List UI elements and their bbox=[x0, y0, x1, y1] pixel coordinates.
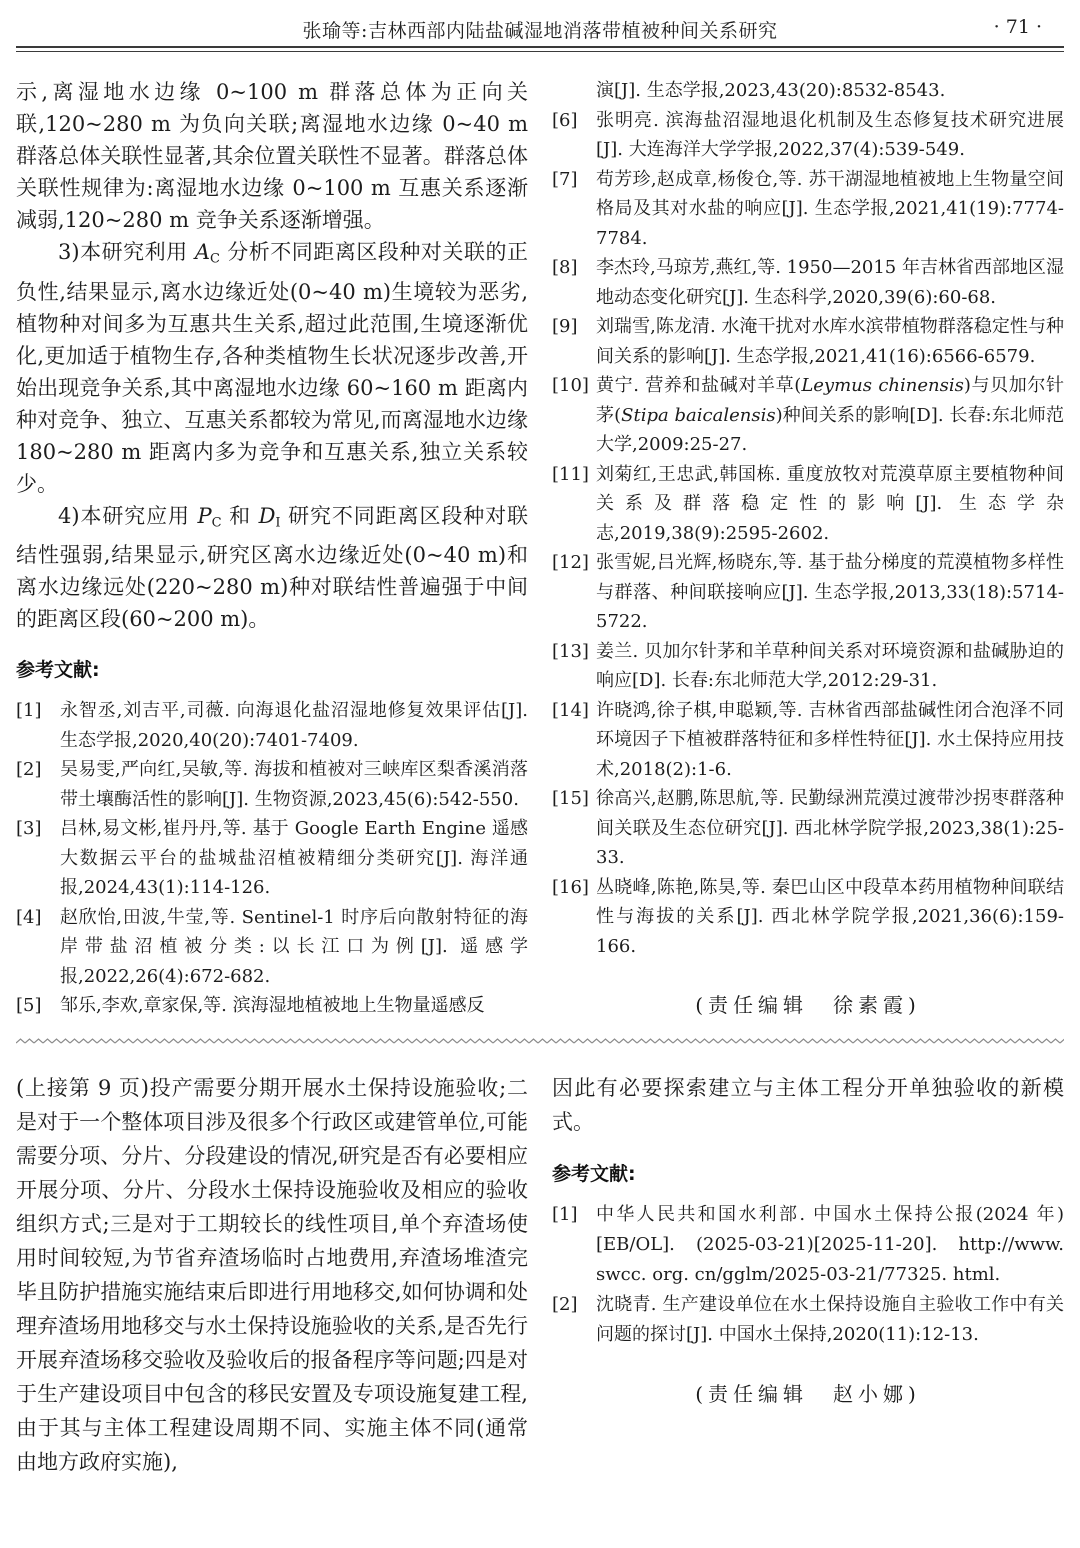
reference-item: [2] 吴易雯,严向红,吴敏,等. 海拔和植被对三峡库区梨香溪消落带土壤酶活性的… bbox=[16, 755, 528, 814]
conclusion-paragraphs: 示,离湿地水边缘 0~100 m 群落总体为正向关联,120~280 m 为负向… bbox=[16, 76, 528, 635]
reference-number: [11] bbox=[552, 460, 596, 549]
reference-item: [15] 徐高兴,赵鹏,陈思航,等. 民勤绿洲荒漠过渡带沙拐枣群落种间关联及生态… bbox=[552, 784, 1064, 873]
top-section: 示,离湿地水边缘 0~100 m 群落总体为正向关联,120~280 m 为负向… bbox=[16, 52, 1064, 1037]
bottom-section: (上接第 9 页)投产需要分期开展水土保持设施验收;二是对于一个整体项目涉及很多… bbox=[16, 1045, 1064, 1525]
reference-item: [6] 张明亮. 滨海盐沼湿地退化机制及生态修复技术研究进展[J]. 大连海洋大… bbox=[552, 106, 1064, 165]
reference-item: [1] 中华人民共和国水利部. 中国水土保持公报(2024 年)[EB/OL].… bbox=[552, 1200, 1064, 1290]
reference-text: 邹乐,李欢,章家保,等. 滨海湿地植被地上生物量遥感反 bbox=[60, 991, 528, 1021]
reference-item: [14] 许晓鸿,徐子棋,申聪颖,等. 吉林省西部盐碱性闭合泡泽不同环境因子下植… bbox=[552, 696, 1064, 785]
editor-note-top: (责任编辑 徐素霞) bbox=[552, 989, 1064, 1018]
reference-text: 姜兰. 贝加尔针茅和羊草种间关系对环境资源和盐碱胁迫的响应[D]. 长春:东北师… bbox=[596, 637, 1064, 696]
reference-item: [13] 姜兰. 贝加尔针茅和羊草种间关系对环境资源和盐碱胁迫的响应[D]. 长… bbox=[552, 637, 1064, 696]
reference-item: [1] 永智丞,刘吉平,司薇. 向海退化盐沼湿地修复效果评估[J]. 生态学报,… bbox=[16, 696, 528, 755]
reference-item: [2] 沈晓青. 生产建设单位在水土保持设施自主验收工作中有关问题的探讨[J].… bbox=[552, 1290, 1064, 1350]
reference-number: [1] bbox=[16, 696, 60, 755]
reference-item: [16] 丛晓峰,陈艳,陈昊,等. 秦巴山区中段草本药用植物种间联结性与海拔的关… bbox=[552, 873, 1064, 962]
references-list-right: [6] 张明亮. 滨海盐沼湿地退化机制及生态修复技术研究进展[J]. 大连海洋大… bbox=[552, 106, 1064, 962]
references-list-left: [1] 永智丞,刘吉平,司薇. 向海退化盐沼湿地修复效果评估[J]. 生态学报,… bbox=[16, 696, 528, 1021]
editor-note-bottom: (责任编辑 赵小娜) bbox=[552, 1378, 1064, 1407]
reference-number: [2] bbox=[552, 1290, 596, 1350]
journal-page: 张瑜等:吉林西部内陆盐碱湿地消落带植被种间关系研究 · 71 · 示,离湿地水边… bbox=[0, 0, 1080, 1548]
bottom-left-column: (上接第 9 页)投产需要分期开展水土保持设施验收;二是对于一个整体项目涉及很多… bbox=[16, 1071, 528, 1525]
reference-text: 吴易雯,严向红,吴敏,等. 海拔和植被对三峡库区梨香溪消落带土壤酶活性的影响[J… bbox=[60, 755, 528, 814]
references-list-bottom: [1] 中华人民共和国水利部. 中国水土保持公报(2024 年)[EB/OL].… bbox=[552, 1200, 1064, 1350]
paragraph: 4)本研究应用 PC 和 DI 研究不同距离区段种对联结性强弱,结果显示,研究区… bbox=[16, 500, 528, 636]
reference-number: [10] bbox=[552, 371, 596, 460]
page-number: · 71 · bbox=[994, 16, 1042, 38]
reference-number: [15] bbox=[552, 784, 596, 873]
reference-number: [12] bbox=[552, 548, 596, 637]
reference-number: [2] bbox=[16, 755, 60, 814]
reference-text: 沈晓青. 生产建设单位在水土保持设施自主验收工作中有关问题的探讨[J]. 中国水… bbox=[596, 1290, 1064, 1350]
reference-text: 黄宁. 营养和盐碱对羊草(Leymus chinensis)与贝加尔针茅(Sti… bbox=[596, 371, 1064, 460]
reference-number: [9] bbox=[552, 312, 596, 371]
reference-text: 吕林,易文彬,崔丹丹,等. 基于 Google Earth Engine 遥感大… bbox=[60, 814, 528, 903]
reference-text: 李杰玲,马琼芳,燕红,等. 1950—2015 年吉林省西部地区湿地动态变化研究… bbox=[596, 253, 1064, 312]
reference-number: [3] bbox=[16, 814, 60, 903]
paragraph: 示,离湿地水边缘 0~100 m 群落总体为正向关联,120~280 m 为负向… bbox=[16, 76, 528, 236]
page-header: 张瑜等:吉林西部内陆盐碱湿地消落带植被种间关系研究 · 71 · bbox=[16, 0, 1064, 46]
reference-text: 徐高兴,赵鹏,陈思航,等. 民勤绿洲荒漠过渡带沙拐枣群落种间关联及生态位研究[J… bbox=[596, 784, 1064, 873]
reference-item: [4] 赵欣怡,田波,牛莹,等. Sentinel-1 时序后向散射特征的海岸带… bbox=[16, 903, 528, 992]
top-left-column: 示,离湿地水边缘 0~100 m 群落总体为正向关联,120~280 m 为负向… bbox=[16, 76, 528, 1037]
reference-text: 丛晓峰,陈艳,陈昊,等. 秦巴山区中段草本药用植物种间联结性与海拔的关系[J].… bbox=[596, 873, 1064, 962]
reference-number: [6] bbox=[552, 106, 596, 165]
reference-text: 中华人民共和国水利部. 中国水土保持公报(2024 年)[EB/OL]. (20… bbox=[596, 1200, 1064, 1290]
reference-text: 苟芳珍,赵成章,杨俊仓,等. 苏干湖湿地植被地上生物量空间格局及其对水盐的响应[… bbox=[596, 165, 1064, 254]
section-divider-zigzag bbox=[16, 1037, 1064, 1045]
continued-paragraph: (上接第 9 页)投产需要分期开展水土保持设施验收;二是对于一个整体项目涉及很多… bbox=[16, 1071, 528, 1479]
reference-number: [4] bbox=[16, 903, 60, 992]
reference-item: [5] 邹乐,李欢,章家保,等. 滨海湿地植被地上生物量遥感反 bbox=[16, 991, 528, 1021]
reference-item: [9] 刘瑞雪,陈龙清. 水淹干扰对水库水滨带植物群落稳定性与种间关系的影响[J… bbox=[552, 312, 1064, 371]
top-right-column: 演[J]. 生态学报,2023,43(20):8532-8543. [6] 张明… bbox=[552, 76, 1064, 1037]
reference-number: [14] bbox=[552, 696, 596, 785]
reference-text: 刘菊红,王忠武,韩国栋. 重度放牧对荒漠草原主要植物种间关系及群落稳定性的影响[… bbox=[596, 460, 1064, 549]
reference-text: 张明亮. 滨海盐沼湿地退化机制及生态修复技术研究进展[J]. 大连海洋大学学报,… bbox=[596, 106, 1064, 165]
references-heading: 参考文献: bbox=[16, 655, 528, 682]
running-title: 张瑜等:吉林西部内陆盐碱湿地消落带植被种间关系研究 bbox=[16, 16, 1064, 43]
reference-text: 张雪妮,吕光辉,杨晓东,等. 基于盐分梯度的荒漠植物多样性与群落、种间联接响应[… bbox=[596, 548, 1064, 637]
reference-number: [7] bbox=[552, 165, 596, 254]
closing-paragraph: 因此有必要探索建立与主体工程分开单独验收的新模式。 bbox=[552, 1071, 1064, 1139]
reference-continuation: 演[J]. 生态学报,2023,43(20):8532-8543. bbox=[552, 76, 1064, 106]
reference-item: [12] 张雪妮,吕光辉,杨晓东,等. 基于盐分梯度的荒漠植物多样性与群落、种间… bbox=[552, 548, 1064, 637]
reference-item: [7] 苟芳珍,赵成章,杨俊仓,等. 苏干湖湿地植被地上生物量空间格局及其对水盐… bbox=[552, 165, 1064, 254]
reference-item: [3] 吕林,易文彬,崔丹丹,等. 基于 Google Earth Engine… bbox=[16, 814, 528, 903]
reference-number: [1] bbox=[552, 1200, 596, 1290]
reference-number: [13] bbox=[552, 637, 596, 696]
reference-item: [8] 李杰玲,马琼芳,燕红,等. 1950—2015 年吉林省西部地区湿地动态… bbox=[552, 253, 1064, 312]
reference-number: [16] bbox=[552, 873, 596, 962]
reference-text: 许晓鸿,徐子棋,申聪颖,等. 吉林省西部盐碱性闭合泡泽不同环境因子下植被群落特征… bbox=[596, 696, 1064, 785]
reference-text: 刘瑞雪,陈龙清. 水淹干扰对水库水滨带植物群落稳定性与种间关系的影响[J]. 生… bbox=[596, 312, 1064, 371]
reference-item: [10] 黄宁. 营养和盐碱对羊草(Leymus chinensis)与贝加尔针… bbox=[552, 371, 1064, 460]
reference-number: [5] bbox=[16, 991, 60, 1021]
bottom-right-column: 因此有必要探索建立与主体工程分开单独验收的新模式。 参考文献: [1] 中华人民… bbox=[552, 1071, 1064, 1525]
reference-text: 赵欣怡,田波,牛莹,等. Sentinel-1 时序后向散射特征的海岸带盐沼植被… bbox=[60, 903, 528, 992]
paragraph: 3)本研究利用 AC 分析不同距离区段种对关联的正负性,结果显示,离水边缘近处(… bbox=[16, 236, 528, 500]
references-heading-bottom: 参考文献: bbox=[552, 1159, 1064, 1186]
reference-number: [8] bbox=[552, 253, 596, 312]
reference-item: [11] 刘菊红,王忠武,韩国栋. 重度放牧对荒漠草原主要植物种间关系及群落稳定… bbox=[552, 460, 1064, 549]
reference-text: 永智丞,刘吉平,司薇. 向海退化盐沼湿地修复效果评估[J]. 生态学报,2020… bbox=[60, 696, 528, 755]
